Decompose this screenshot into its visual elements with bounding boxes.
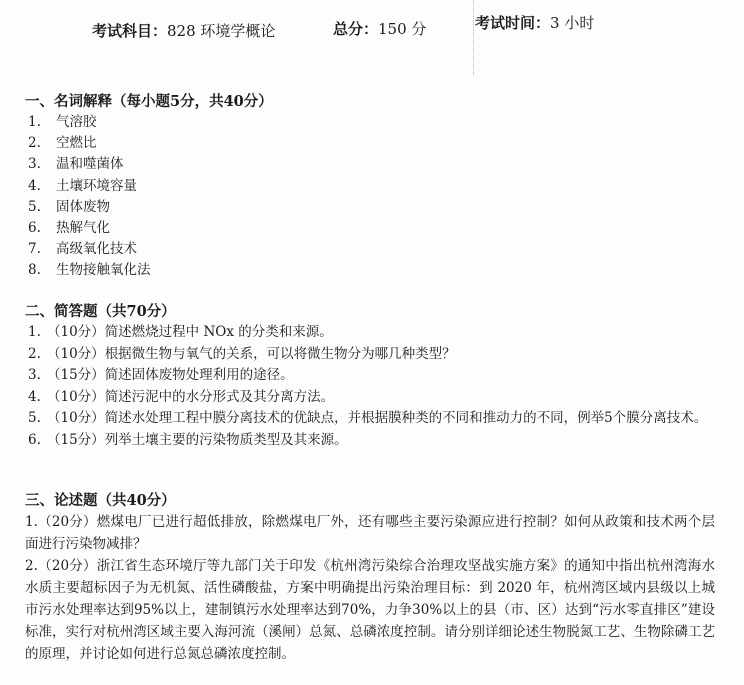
- essay-question: 2.（20分）浙江省生态环境厅等九部门关于印发《杭州湾污染综合治理攻坚战实施方案…: [25, 555, 715, 665]
- list-item: 3.（15分）简述固体废物处理利用的途径。: [25, 365, 725, 387]
- item-number: 1.: [25, 112, 56, 133]
- item-number: 2.: [25, 558, 38, 574]
- item-text: 土壤环境容量: [56, 178, 137, 194]
- item-score: （20分）: [38, 514, 97, 530]
- item-number: 6.: [25, 430, 42, 452]
- item-text: 浙江省生态环境厅等九部门关于印发《杭州湾污染综合治理攻坚战实施方案》的通知中指出…: [25, 558, 715, 662]
- item-number: 6.: [25, 218, 56, 239]
- item-number: 3.: [25, 154, 56, 175]
- list-item: 2.空燃比: [25, 133, 725, 154]
- item-text: 列举土壤主要的污染物质类型及其来源。: [105, 432, 348, 448]
- subject-label: 考试科目：: [92, 22, 167, 40]
- item-number: 8.: [25, 260, 56, 281]
- term-list: 1.气溶胶 2.空燃比 3.温和噬菌体 4.土壤环境容量 5.固体废物 6.热解…: [25, 112, 725, 282]
- item-text: 燃煤电厂已进行超低排放，除燃煤电厂外，还有哪些主要污染源应进行控制？如何从政策和…: [25, 514, 715, 552]
- item-score: （15分）: [47, 430, 105, 452]
- item-text: 空燃比: [56, 135, 97, 151]
- item-number: 4.: [25, 387, 42, 409]
- item-number: 2.: [25, 133, 56, 154]
- exam-header: 考试科目：828 环境学概论 总分：150 分 考试时间：3 小时: [0, 8, 744, 38]
- subject-value: 828 环境学概论: [167, 22, 275, 40]
- item-number: 2.: [25, 344, 42, 366]
- time-label: 考试时间：: [475, 14, 550, 32]
- section-title: 二、简答题（共70分）: [25, 302, 725, 322]
- item-text: 简述固体废物处理利用的途径。: [105, 367, 294, 383]
- total-label: 总分：: [333, 20, 378, 38]
- section-title: 三、论述题（共40分）: [25, 491, 725, 511]
- essay-question: 1.（20分）燃煤电厂已进行超低排放，除燃煤电厂外，还有哪些主要污染源应进行控制…: [25, 511, 715, 555]
- item-text: 简述燃烧过程中 NOx 的分类和来源。: [105, 324, 333, 340]
- item-score: （15分）: [47, 365, 105, 387]
- item-score: （10分）: [47, 387, 105, 409]
- list-item: 6.热解气化: [25, 218, 725, 239]
- exam-subject: 考试科目：828 环境学概论: [92, 20, 275, 41]
- item-score: （10分）: [47, 408, 105, 430]
- exam-duration: 考试时间：3 小时: [475, 12, 594, 33]
- section-term-definitions: 一、名词解释（每小题5分，共40分） 1.气溶胶 2.空燃比 3.温和噬菌体 4…: [25, 92, 725, 282]
- time-value: 3 小时: [550, 14, 594, 32]
- list-item: 6.（15分）列举土壤主要的污染物质类型及其来源。: [25, 430, 725, 452]
- item-number: 1.: [25, 514, 38, 530]
- section-title: 一、名词解释（每小题5分，共40分）: [25, 92, 725, 112]
- item-score: （10分）: [47, 322, 105, 344]
- item-score: （20分）: [38, 558, 97, 574]
- list-item: 4.（10分）简述污泥中的水分形式及其分离方法。: [25, 387, 725, 409]
- list-item: 1.气溶胶: [25, 112, 725, 133]
- section-short-answer: 二、简答题（共70分） 1.（10分）简述燃烧过程中 NOx 的分类和来源。 2…: [25, 302, 725, 451]
- list-item: 5.（10分）简述水处理工程中膜分离技术的优缺点，并根据膜种类的不同和推动力的不…: [25, 408, 725, 430]
- item-number: 3.: [25, 365, 42, 387]
- list-item: 4.土壤环境容量: [25, 176, 725, 197]
- list-item: 7.高级氧化技术: [25, 239, 725, 260]
- item-text: 气溶胶: [56, 114, 97, 130]
- list-item: 8.生物接触氧化法: [25, 260, 725, 281]
- item-number: 5.: [25, 197, 56, 218]
- total-value: 150 分: [378, 20, 426, 38]
- exam-total-score: 总分：150 分: [333, 18, 426, 39]
- item-score: （10分）: [47, 344, 105, 366]
- item-text: 固体废物: [56, 199, 110, 215]
- item-text: 根据微生物与氧气的关系，可以将微生物分为哪几种类型？: [105, 346, 456, 362]
- item-number: 5.: [25, 408, 42, 430]
- section-essay: 三、论述题（共40分） 1.（20分）燃煤电厂已进行超低排放，除燃煤电厂外，还有…: [25, 491, 725, 665]
- item-text: 温和噬菌体: [56, 156, 124, 172]
- item-text: 简述水处理工程中膜分离技术的优缺点，并根据膜种类的不同和推动力的不同，例举5个膜…: [105, 410, 708, 426]
- item-number: 1.: [25, 322, 42, 344]
- list-item: 3.温和噬菌体: [25, 154, 725, 175]
- question-list: 1.（10分）简述燃烧过程中 NOx 的分类和来源。 2.（10分）根据微生物与…: [25, 322, 725, 451]
- item-text: 热解气化: [56, 220, 110, 236]
- item-number: 4.: [25, 176, 56, 197]
- item-text: 高级氧化技术: [56, 241, 137, 257]
- item-number: 7.: [25, 239, 56, 260]
- list-item: 2.（10分）根据微生物与氧气的关系，可以将微生物分为哪几种类型？: [25, 344, 725, 366]
- item-text: 简述污泥中的水分形式及其分离方法。: [105, 389, 335, 405]
- list-item: 5.固体废物: [25, 197, 725, 218]
- item-text: 生物接触氧化法: [56, 262, 151, 278]
- list-item: 1.（10分）简述燃烧过程中 NOx 的分类和来源。: [25, 322, 725, 344]
